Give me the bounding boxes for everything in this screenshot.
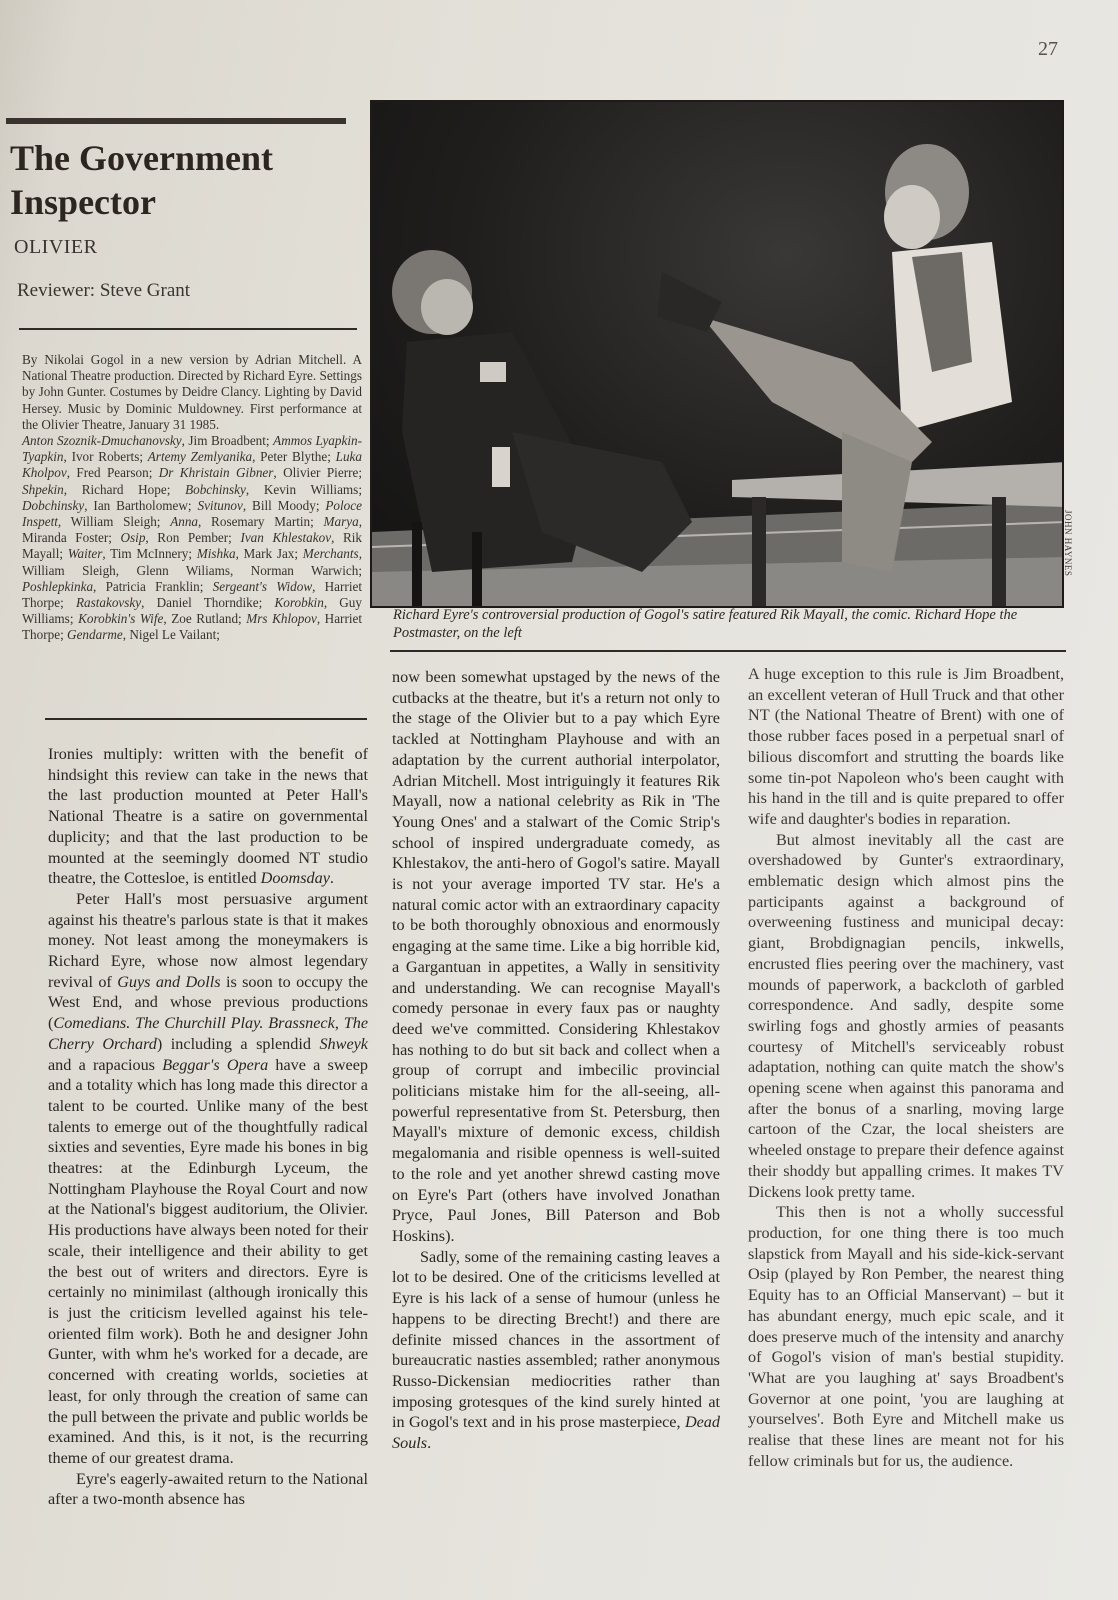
cast-role: Rastakovsky — [76, 595, 141, 610]
body-paragraph: Sadly, some of the remaining casting lea… — [392, 1247, 720, 1454]
body-paragraph: Eyre's eagerly-awaited return to the Nat… — [48, 1469, 368, 1510]
production-credits: By Nikolai Gogol in a new version by Adr… — [22, 352, 362, 644]
production-photo — [370, 100, 1064, 608]
reviewer-label: Reviewer: — [17, 280, 95, 301]
cast-actor: , Zoe Rutland; — [163, 611, 246, 626]
page-number: 27 — [1038, 38, 1058, 61]
cast-role: Merchants — [303, 546, 359, 561]
body-column-3: A huge exception to this rule is Jim Bro… — [748, 664, 1064, 1471]
cast-role: Anna — [170, 514, 198, 529]
reviewer-name: Steve Grant — [100, 280, 190, 301]
cast-actor: , Nigel Le Vailant; — [123, 627, 220, 642]
cast-actor: , Olivier Pierre; — [273, 465, 362, 480]
cast-role: Marya — [324, 514, 359, 529]
cast-role: Mishka — [197, 546, 236, 561]
cast-role: Dobchinsky — [22, 498, 84, 513]
cast-role: Poshlepkinka — [22, 579, 93, 594]
cast-role: Gendarme — [67, 627, 123, 642]
cast-actor: , William Sleigh; — [58, 514, 170, 529]
body-paragraph: Peter Hall's most persuasive argument ag… — [48, 889, 368, 1469]
body-column-2: now been somewhat upstaged by the news o… — [392, 667, 720, 1454]
cast-role: Korobkin's Wife — [78, 611, 163, 626]
cast-actor: , Ivor Roberts; — [64, 449, 148, 464]
cast-actor: , Richard Hope; — [64, 482, 185, 497]
cast-role: Svitunov — [197, 498, 242, 513]
cast-role: Waiter — [68, 546, 103, 561]
cast-actor: , Kevin Williams; — [246, 482, 362, 497]
italic-title: Dead Souls — [392, 1413, 720, 1452]
cast-actor: , Daniel Thorndike; — [141, 595, 274, 610]
cast-actor: , Ron Pember; — [145, 530, 240, 545]
cast-actor: , Peter Blythe; — [252, 449, 336, 464]
cast-role: Bobchinsky — [185, 482, 246, 497]
venue-label: OLIVIER — [14, 236, 97, 259]
photo-credit: JOHN HAYNES — [1063, 510, 1073, 576]
cast-role: Shpekin — [22, 482, 64, 497]
stage-photo-illustration — [372, 102, 1064, 608]
cast-actor: , Tim McInnery; — [102, 546, 196, 561]
article-title: The Government Inspector — [10, 136, 360, 224]
reviewer-byline: Reviewer: Steve Grant — [17, 280, 190, 302]
cast-role: Artemy Zemlyanika — [148, 449, 252, 464]
italic-title: Beggar's Opera — [162, 1056, 268, 1074]
caption-rule — [390, 650, 1066, 652]
cast-actor: , Bill Moody; — [243, 498, 325, 513]
body-paragraph: now been somewhat upstaged by the news o… — [392, 667, 720, 1247]
cast-role: Anton Szoznik-Dmuchanovsky — [22, 433, 182, 448]
cast-list: Anton Szoznik-Dmuchanovsky, Jim Broadben… — [22, 433, 362, 642]
photo-caption: Richard Eyre's controversial production … — [393, 606, 1073, 642]
cast-actor: , Patricia Franklin; — [93, 579, 213, 594]
cast-role: Dr Khristain Gibner — [159, 465, 274, 480]
body-paragraph: But almost inevitably all the cast are o… — [748, 830, 1064, 1203]
cast-actor: , Ian Bartholomew; — [84, 498, 197, 513]
cast-role: Osip — [121, 530, 146, 545]
cast-actor: , Rosemary Martin; — [198, 514, 324, 529]
cast-actor: , Jim Broadbent; — [182, 433, 274, 448]
italic-title: Shweyk — [319, 1035, 368, 1053]
byline-rule — [19, 328, 357, 330]
body-paragraph: This then is not a wholly successful pro… — [748, 1202, 1064, 1471]
body-column-1: Ironies multiply: written with the benef… — [48, 744, 368, 1510]
body-paragraph: Ironies multiply: written with the benef… — [48, 744, 368, 889]
italic-title: Comedians. The Churchill Play. Brassneck — [53, 1014, 334, 1032]
credits-rule — [45, 718, 367, 720]
body-paragraph: A huge exception to this rule is Jim Bro… — [748, 664, 1064, 830]
cast-role: Ivan Khlestakov — [240, 530, 331, 545]
header-rule — [6, 118, 346, 124]
production-line: By Nikolai Gogol in a new version by Adr… — [22, 352, 362, 432]
cast-role: Mrs Khlopov — [246, 611, 317, 626]
cast-role: Sergeant's Widow — [213, 579, 312, 594]
cast-role: Korobkin — [274, 595, 323, 610]
cast-actor: , Mark Jax; — [236, 546, 303, 561]
italic-title: Guys and Dolls — [117, 973, 220, 991]
italic-title: Doomsday — [261, 869, 330, 887]
cast-actor: , Fred Pearson; — [67, 465, 159, 480]
